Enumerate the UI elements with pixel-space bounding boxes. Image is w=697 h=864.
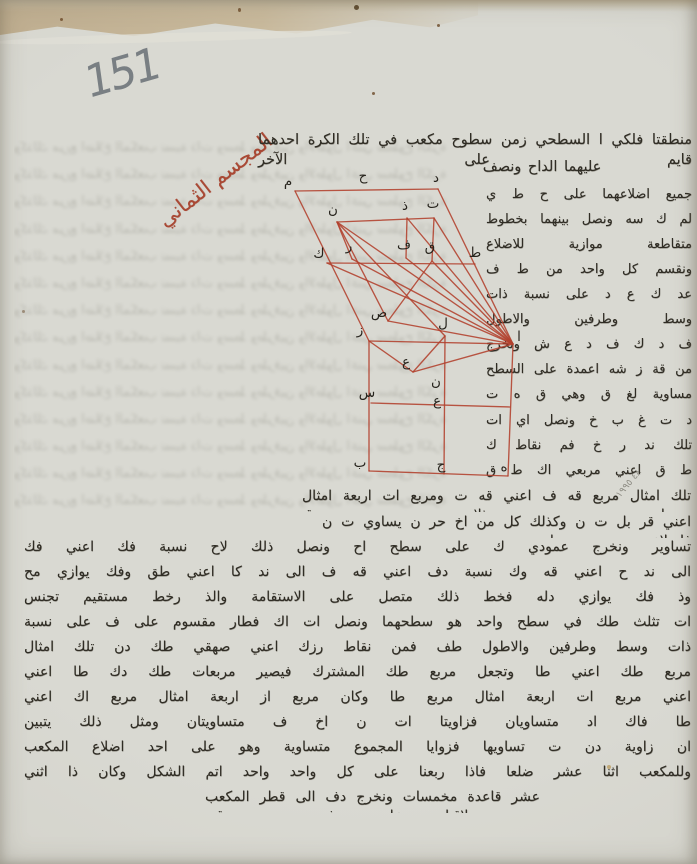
showthrough-row: وكذلك مربع اضلاع المكعب نسبة ذات وسط وطر…	[14, 330, 498, 357]
showthrough-row: وكذلك مربع اضلاع المكعب نسبة ذات وسط وطر…	[14, 194, 498, 221]
column-line: جميع اضلاعهما على ح ط ي	[486, 186, 692, 210]
main-text-line: تساوير ونخرج عمودي ك على سطح اح ونصل ذلك…	[24, 538, 691, 563]
main-text-line: مربع طك اعني طا وتجعل مربع طك المشترك في…	[24, 663, 691, 688]
main-text-line: وللمكعب اثنا عشر ضلعا فاذا ربعنا على كل …	[24, 763, 691, 788]
column-line: ف د ك ف د ع ش ونخرج	[486, 336, 692, 360]
showthrough-row: وكذلك مربع اضلاع المكعب نسبة ذات وسط وطر…	[14, 222, 498, 249]
column-line: من قة ز شه اعمدة على السطح	[486, 361, 692, 385]
showthrough-row: وكذلك مربع اضلاع المكعب نسبة ذات وسط وطر…	[14, 358, 498, 385]
column-line: مساوية لغ ق وهي ق ه ت	[486, 386, 692, 410]
text-line-intro-2: عليهما الداح ونصف	[462, 158, 622, 178]
paper-speck	[437, 24, 440, 27]
column-line: لم ك سه ونصل بينهما بخطوط	[486, 211, 692, 235]
paper-speck	[60, 18, 63, 21]
column-line: ونقسم كل واحد من ط ف	[486, 261, 692, 285]
paper-speck	[238, 8, 241, 12]
column-line: د ت غ ب خ ونصل اي ات	[486, 412, 692, 436]
showthrough-row: وكذلك مربع اضلاع المكعب نسبة ذات وسط وطر…	[14, 167, 498, 194]
paper-speck	[372, 92, 375, 95]
column-line: وسط وطرفين والاطول	[486, 311, 692, 335]
column-line: عد ك ع د على نسبة ذات	[486, 286, 692, 310]
main-text-line: عشر قاعدة مخمسات ونخرج دف الى قطر المكعب…	[205, 788, 540, 813]
showthrough-row: وكذلك مربع اضلاع المكعب نسبة ذات وسط وطر…	[14, 439, 498, 466]
showthrough-row: وكذلك مربع اضلاع المكعب نسبة ذات وسط وطر…	[14, 412, 498, 439]
pencil-folio-number: 151	[82, 38, 161, 110]
column-line: ط ق اعني مربعي اك ط ق	[486, 462, 692, 486]
main-text-line: ذات وسط وطرفين والاطول طف فمن نقاط رزك ا…	[24, 638, 691, 663]
main-text-line: تلك امثال مربع قه ف اعني قه ت ومربع ات ا…	[302, 487, 691, 512]
showthrough-row: وكذلك مربع اضلاع المكعب نسبة ذات وسط وطر…	[14, 276, 498, 303]
manuscript-page: وكذلك مربع اضلاع المكعب نسبة ذات وسط وطر…	[0, 0, 697, 864]
showthrough-row: وكذلك مربع اضلاع المكعب نسبة ذات وسط وطر…	[14, 249, 498, 276]
main-text-line: اعني قر بل ت ن وكذلك كل من اخ حر ن يساوي…	[322, 513, 691, 538]
main-text-line: اعني مربع ات اربعة امثال مربع طا وكان مر…	[24, 688, 691, 713]
torn-paper-edge	[0, 28, 352, 47]
column-line: متقاطعة موازية للاضلاع	[486, 236, 692, 260]
main-text-line: ات تثلث طك في سطح واحد هو سطحهما ونصل ات…	[24, 613, 691, 638]
main-text-line: وذ فك يوازي دله فخط ذلك متصل على الاستقا…	[24, 588, 691, 613]
paper-speck	[354, 5, 359, 10]
showthrough-row: وكذلك مربع اضلاع المكعب نسبة ذات وسط وطر…	[14, 303, 498, 330]
showthrough-row: وكذلك مربع اضلاع المكعب نسبة ذات وسط وطر…	[14, 385, 498, 412]
column-line: تلك ند ر خ فم نقاط ك	[486, 437, 692, 461]
page-top-edge-shade	[0, 0, 697, 12]
main-text-line: طا فاك اد متساويان فزاويتا ات ن اخ ف متس…	[24, 713, 691, 738]
verso-showthrough: وكذلك مربع اضلاع المكعب نسبة ذات وسط وطر…	[14, 140, 498, 522]
main-text-line: الى ند ح اعني قه وك نسبة دف اعني قه ف ال…	[24, 563, 691, 588]
main-text-line: ان زاوية دن ت تساويها فزوايا المجموع متس…	[24, 738, 691, 763]
